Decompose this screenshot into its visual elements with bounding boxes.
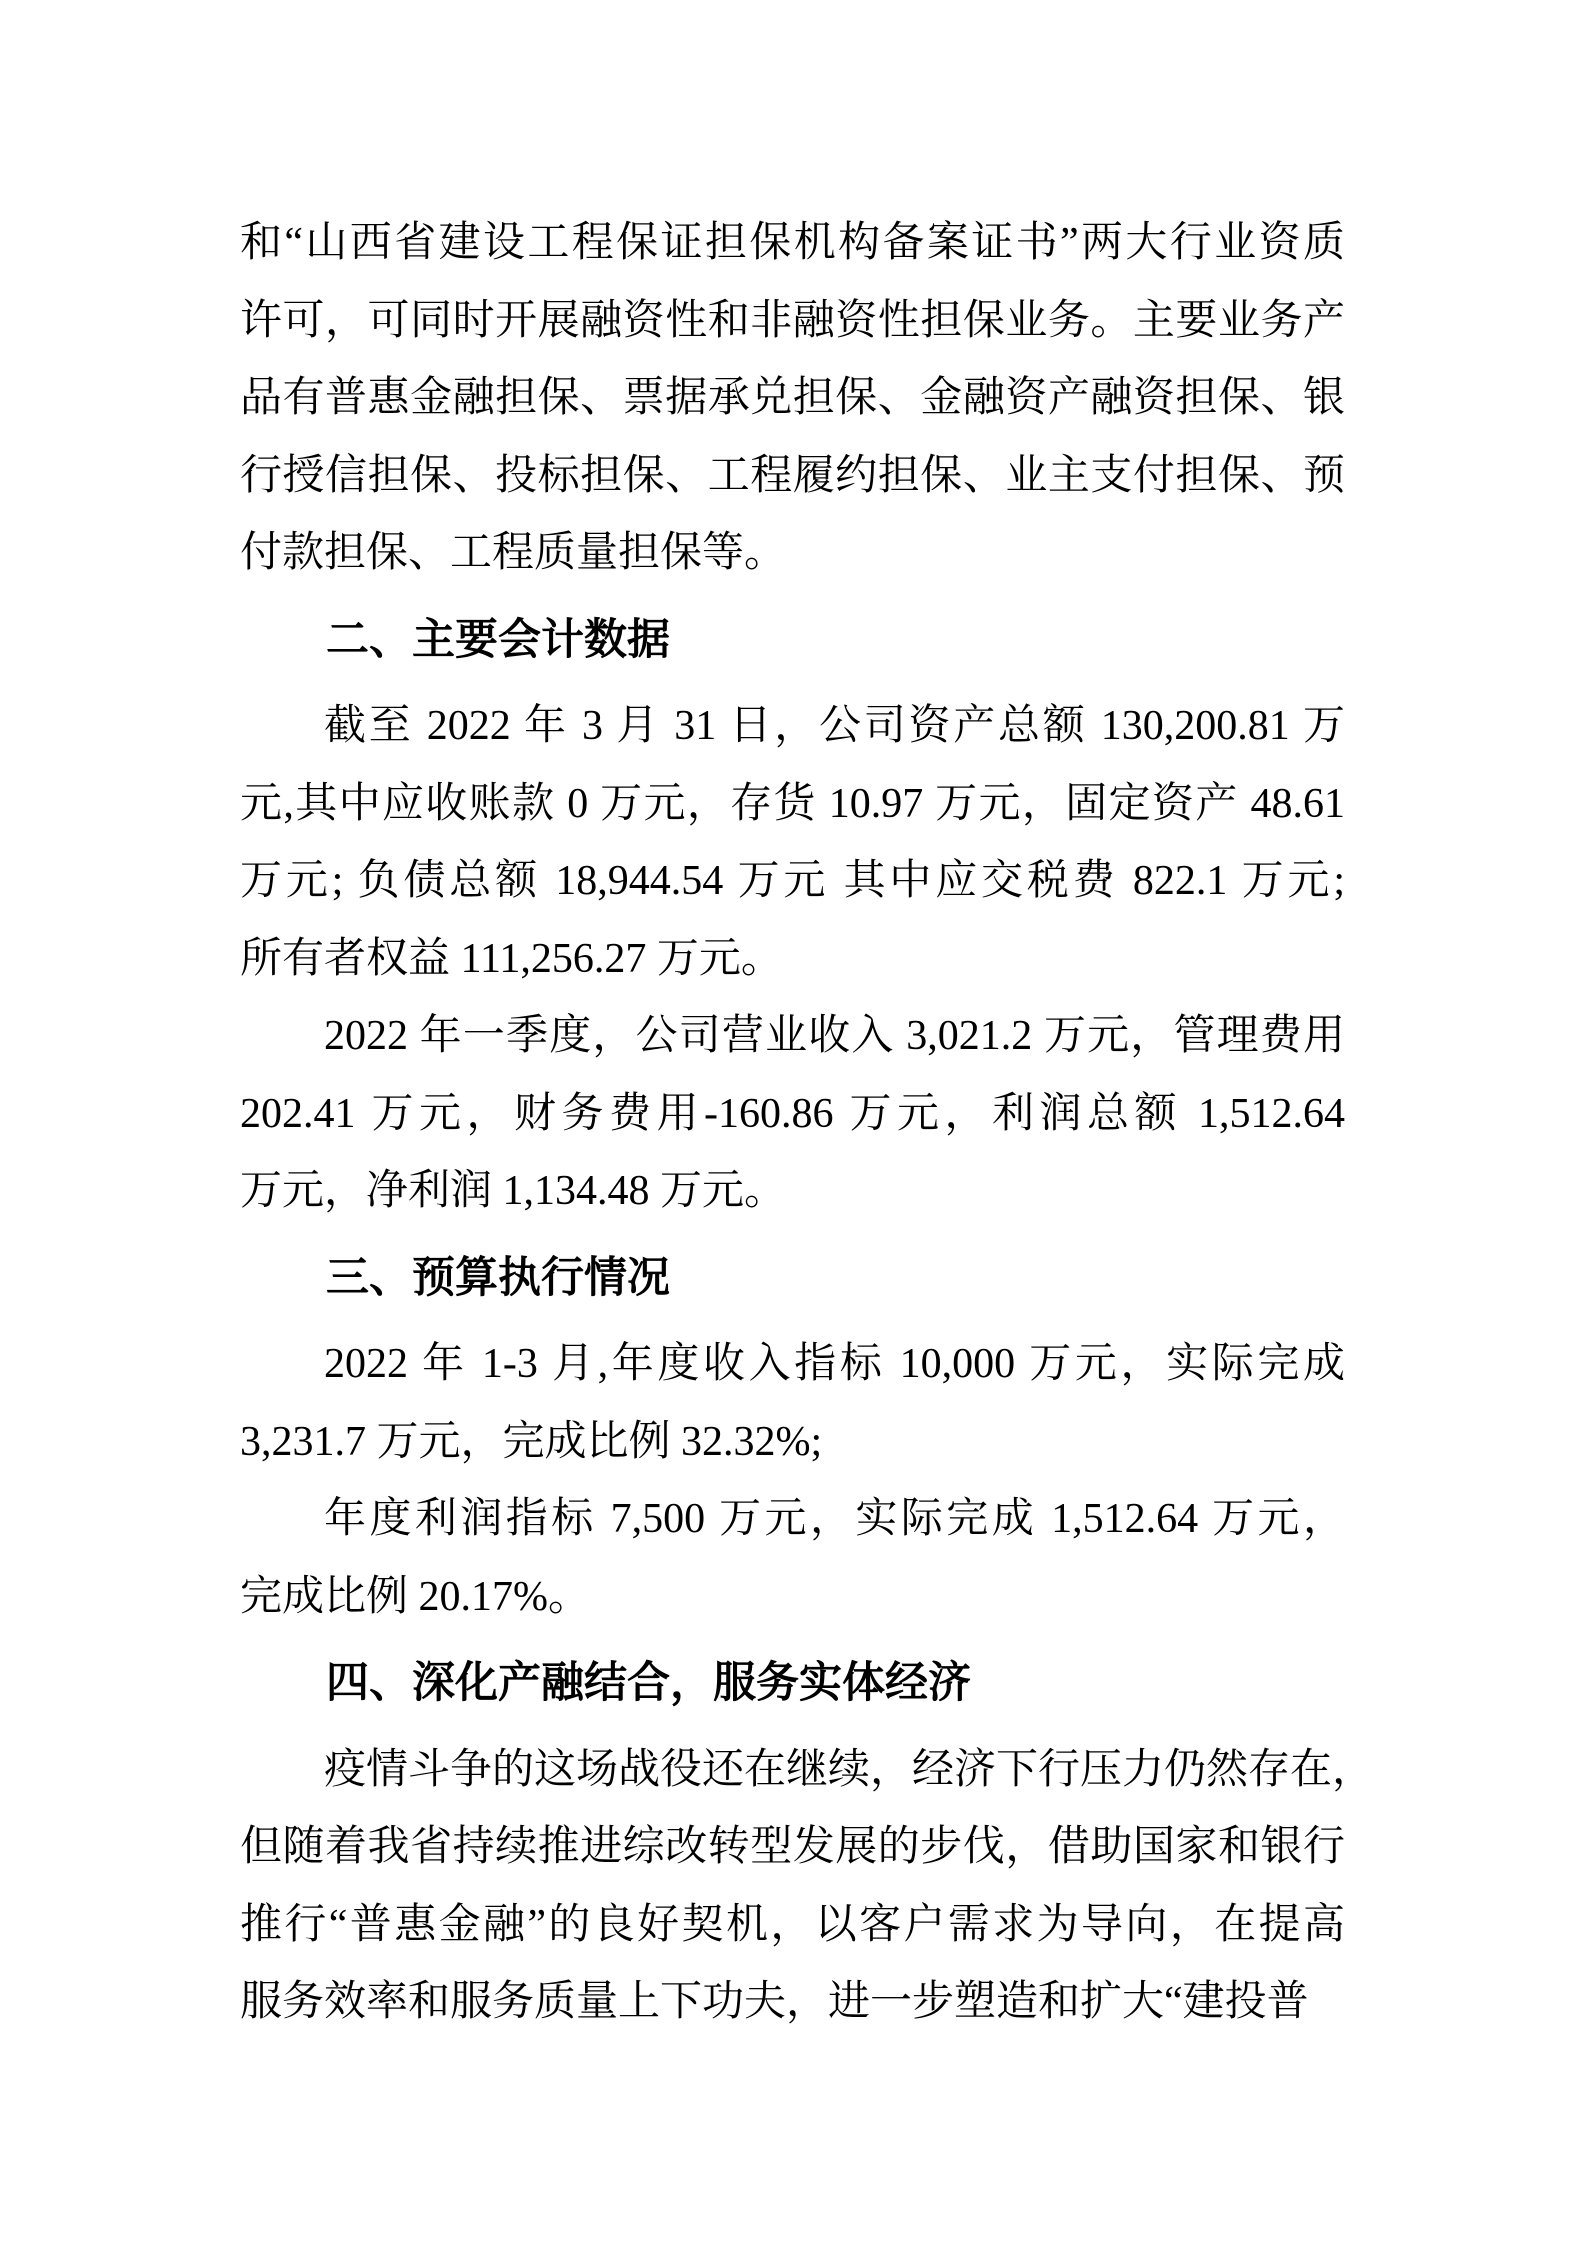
text-line: 截至 2022 年 3 月 31 日，公司资产总额 130,200.81 万 <box>240 688 1345 766</box>
text-line: 所有者权益 111,256.27 万元。 <box>240 921 1345 999</box>
text-line: 疫情斗争的这场战役还在继续，经济下行压力仍然存在， <box>240 1732 1345 1810</box>
section-heading: 二、主要会计数据 <box>240 602 1345 680</box>
text-line: 完成比例 20.17%。 <box>240 1559 1345 1637</box>
text-line: 付款担保、工程质量担保等。 <box>240 515 1345 593</box>
paragraph: 2022 年一季度，公司营业收入 3,021.2 万元，管理费用202.41 万… <box>240 998 1345 1231</box>
text-line: 2022 年一季度，公司营业收入 3,021.2 万元，管理费用 <box>240 998 1345 1076</box>
text-line: 服务效率和服务质量上下功夫，进一步塑造和扩大“建投普 <box>240 1964 1345 2042</box>
paragraph: 截至 2022 年 3 月 31 日，公司资产总额 130,200.81 万元,… <box>240 688 1345 998</box>
text-line: 品有普惠金融担保、票据承兑担保、金融资产融资担保、银 <box>240 360 1345 438</box>
section-heading: 三、预算执行情况 <box>240 1240 1345 1318</box>
paragraph: 2022 年 1-3 月,年度收入指标 10,000 万元，实际完成3,231.… <box>240 1326 1345 1481</box>
text-line: 万元，净利润 1,134.48 万元。 <box>240 1153 1345 1231</box>
heading-line: 四、深化产融结合，服务实体经济 <box>240 1645 1345 1723</box>
paragraph: 疫情斗争的这场战役还在继续，经济下行压力仍然存在，但随着我省持续推进综改转型发展… <box>240 1732 1345 2042</box>
text-line: 许可，可同时开展融资性和非融资性担保业务。主要业务产 <box>240 283 1345 361</box>
text-line: 行授信担保、投标担保、工程履约担保、业主支付担保、预 <box>240 438 1345 516</box>
paragraph: 和“山西省建设工程保证担保机构备案证书”两大行业资质许可，可同时开展融资性和非融… <box>240 205 1345 593</box>
text-line: 3,231.7 万元，完成比例 32.32%; <box>240 1404 1345 1482</box>
heading-line: 二、主要会计数据 <box>240 602 1345 680</box>
section-heading: 四、深化产融结合，服务实体经济 <box>240 1645 1345 1723</box>
heading-line: 三、预算执行情况 <box>240 1240 1345 1318</box>
text-line: 2022 年 1-3 月,年度收入指标 10,000 万元，实际完成 <box>240 1326 1345 1404</box>
text-line: 年度利润指标 7,500 万元，实际完成 1,512.64 万元， <box>240 1481 1345 1559</box>
text-block: 和“山西省建设工程保证担保机构备案证书”两大行业资质许可，可同时开展融资性和非融… <box>240 205 1345 2042</box>
paragraph: 年度利润指标 7,500 万元，实际完成 1,512.64 万元，完成比例 20… <box>240 1481 1345 1636</box>
text-line: 万元; 负债总额 18,944.54 万元 其中应交税费 822.1 万元; <box>240 843 1345 921</box>
text-line: 和“山西省建设工程保证担保机构备案证书”两大行业资质 <box>240 205 1345 283</box>
text-line: 元,其中应收账款 0 万元，存货 10.97 万元，固定资产 48.61 <box>240 766 1345 844</box>
text-line: 推行“普惠金融”的良好契机，以客户需求为导向，在提高 <box>240 1887 1345 1965</box>
document-page: 和“山西省建设工程保证担保机构备案证书”两大行业资质许可，可同时开展融资性和非融… <box>0 0 1587 2245</box>
text-line: 但随着我省持续推进综改转型发展的步伐，借助国家和银行 <box>240 1809 1345 1887</box>
text-line: 202.41 万元，财务费用-160.86 万元，利润总额 1,512.64 <box>240 1076 1345 1154</box>
